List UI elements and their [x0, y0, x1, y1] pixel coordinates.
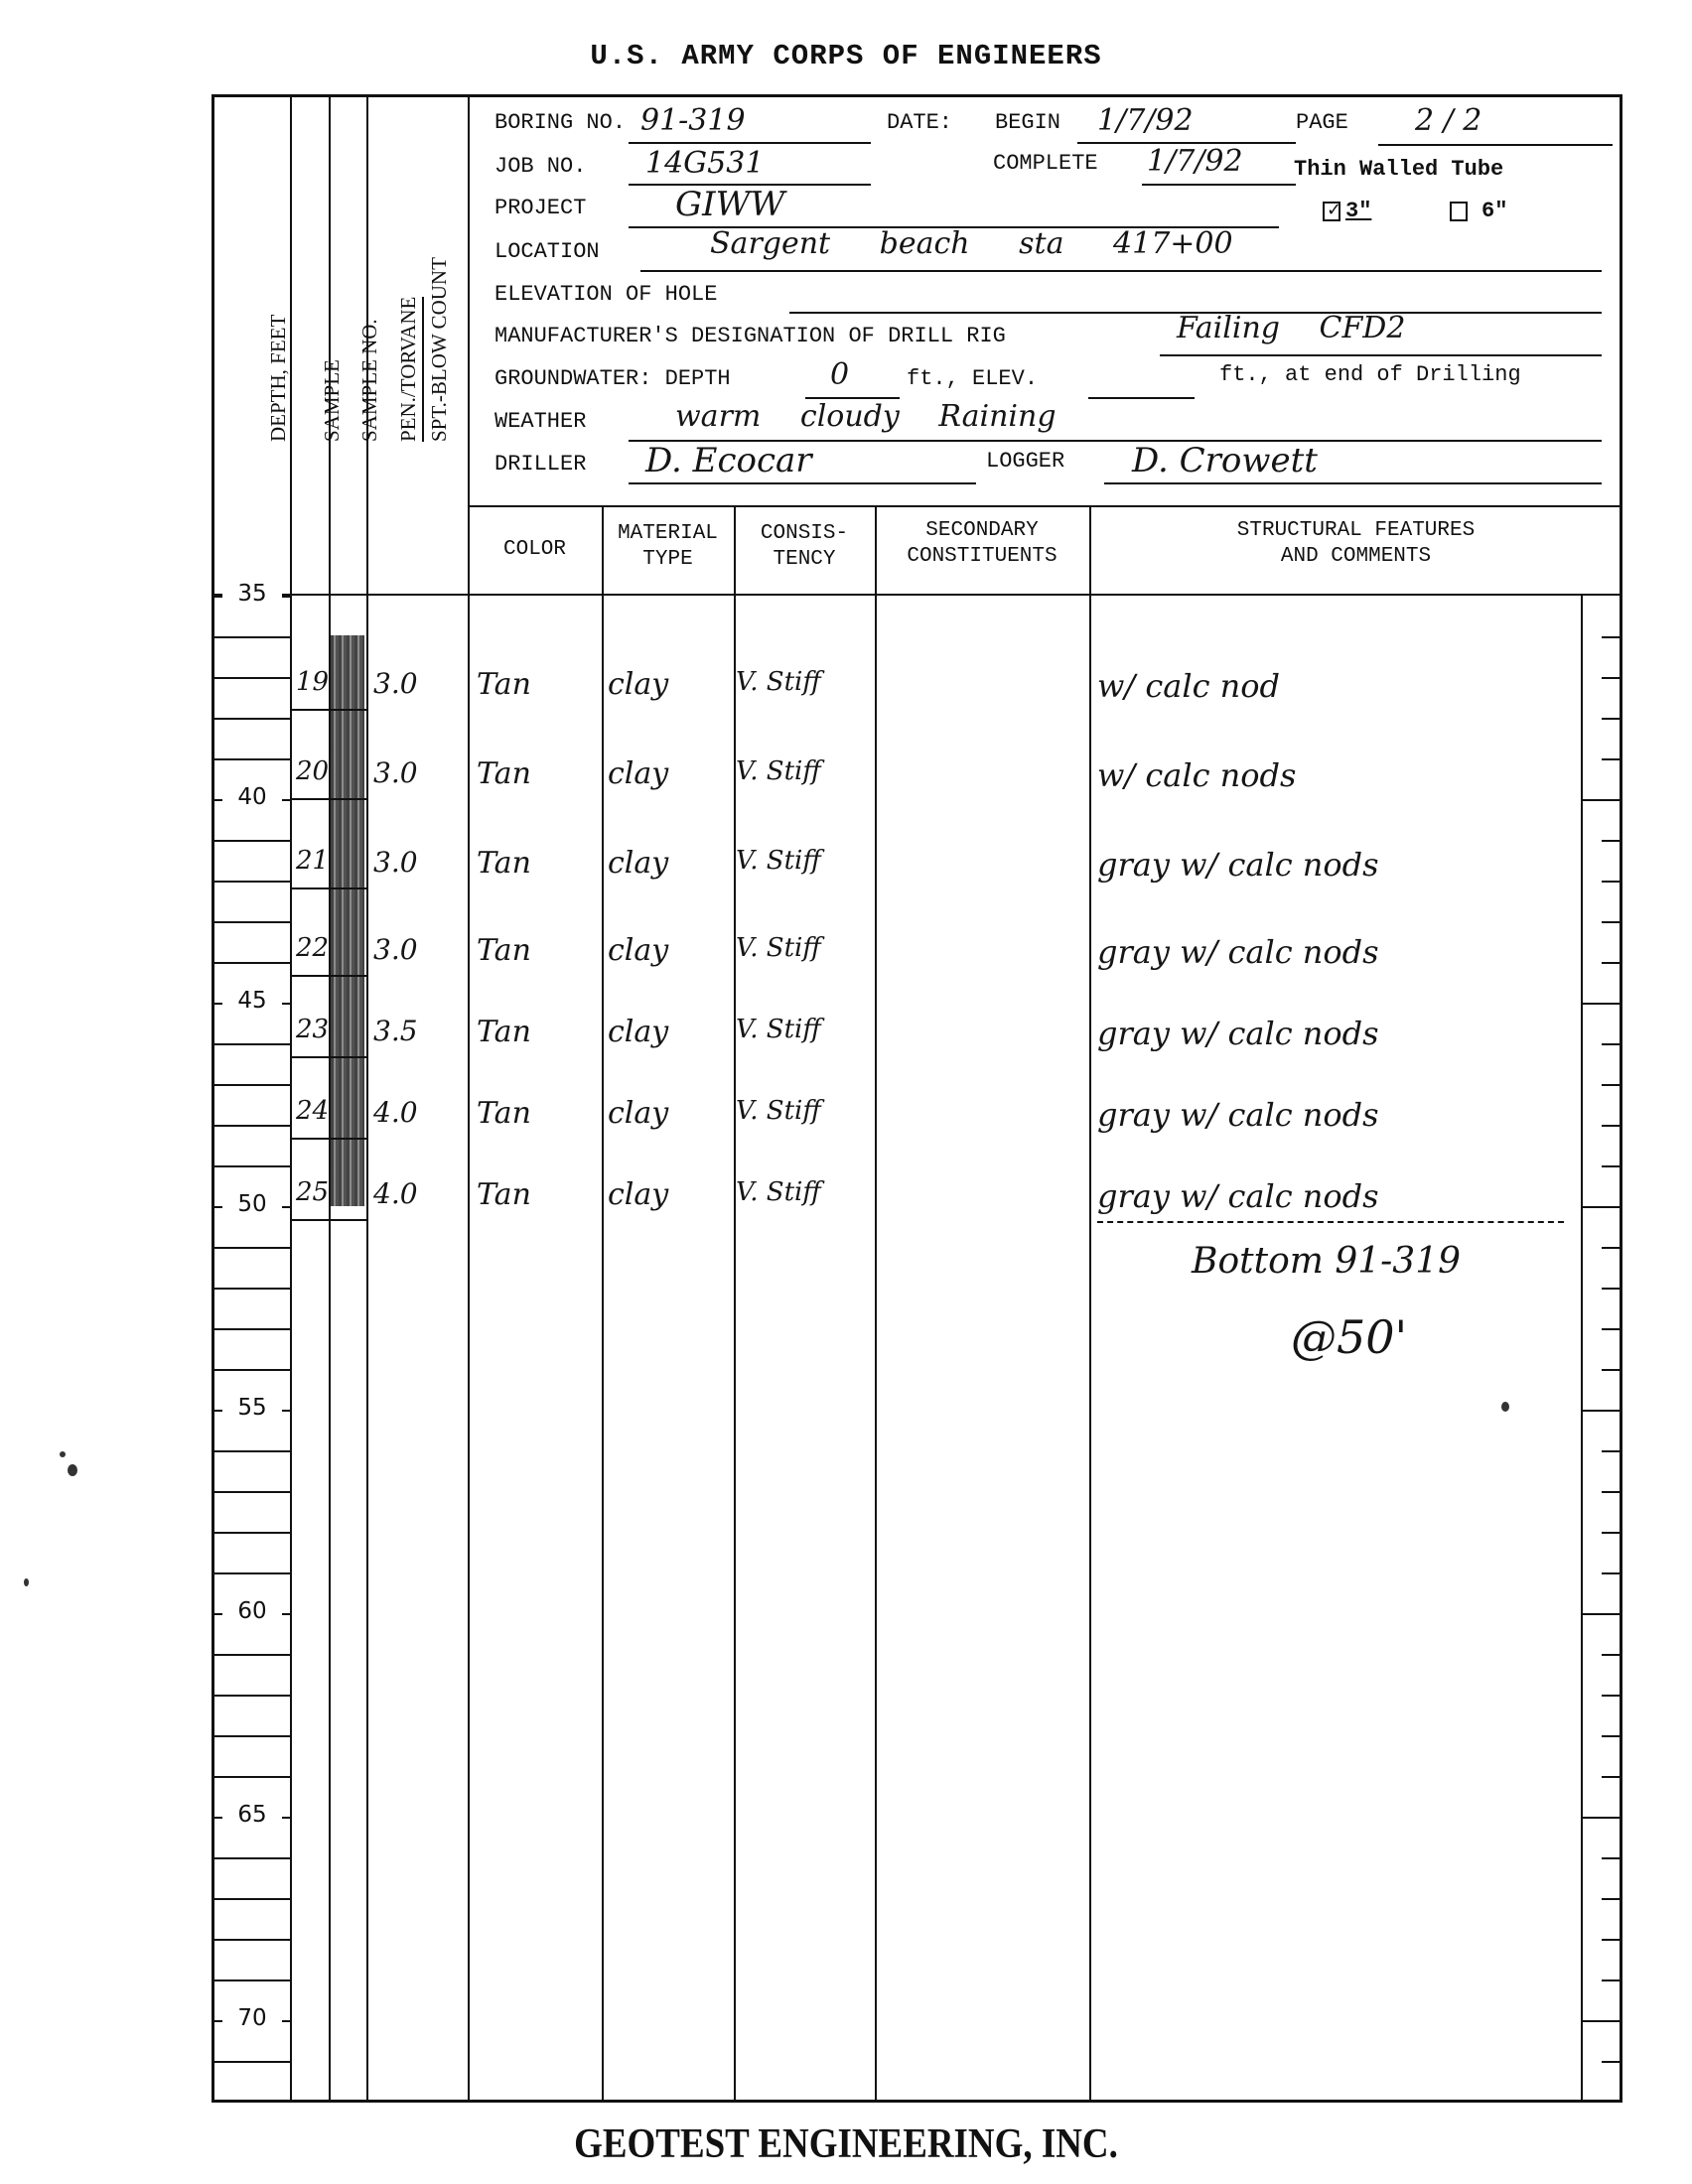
ruler-minor-tick — [1602, 1125, 1622, 1127]
driller-underline — [629, 482, 976, 484]
project-label: PROJECT — [494, 196, 586, 220]
pen-torvane-value[interactable]: 3.0 — [373, 846, 418, 879]
depth-tick — [213, 881, 290, 883]
sample-interval-line — [290, 1219, 366, 1221]
driller-label: DRILLER — [494, 452, 586, 477]
groundwater-elev-label: ft., ELEV. — [907, 366, 1038, 391]
column-header-sample-no: SAMPLE NO. — [357, 319, 382, 442]
page-label: PAGE — [1296, 110, 1348, 135]
boring-no-underline — [629, 142, 871, 144]
sample-core-shading — [331, 635, 364, 1206]
pen-torvane-value[interactable]: 4.0 — [373, 1096, 418, 1129]
location-value[interactable]: Sargent beach sta 417+00 — [710, 226, 1233, 261]
depth-tick — [213, 1979, 290, 1981]
material-type-value[interactable]: clay — [608, 1015, 668, 1049]
material-type-value[interactable]: clay — [608, 1096, 668, 1131]
ruler-minor-tick — [1602, 840, 1622, 842]
scan-speck — [1501, 1402, 1509, 1412]
ruler-major-tick — [1581, 1817, 1622, 1819]
column-divider — [602, 505, 604, 2103]
groundwater-end-label: ft., at end of Drilling — [1219, 362, 1521, 387]
checkmark-icon: ✓ — [1327, 200, 1341, 220]
begin-label: BEGIN — [995, 110, 1060, 135]
logger-label: LOGGER — [986, 449, 1064, 474]
info-block-bottom-rule — [468, 505, 1622, 507]
logger-value[interactable]: D. Crowett — [1132, 441, 1318, 480]
ruler-minor-tick — [1602, 1084, 1622, 1086]
depth-tick — [213, 2061, 290, 2063]
depth-label: 40 — [222, 784, 282, 810]
pen-torvane-value[interactable]: 4.0 — [373, 1177, 418, 1210]
drill-rig-value[interactable]: Failing CFD2 — [1177, 311, 1405, 345]
ruler-minor-tick — [1602, 1939, 1622, 1941]
color-value[interactable]: Tan — [477, 846, 531, 881]
depth-tick — [213, 1776, 290, 1778]
depth-tick — [213, 1247, 290, 1249]
depth-tick — [213, 1857, 290, 1859]
consistency-value[interactable]: V. Stiff — [736, 933, 821, 963]
depth-tick — [213, 1572, 290, 1574]
ruler-minor-tick — [1602, 1450, 1622, 1452]
complete-underline — [1142, 184, 1296, 186]
depth-tick — [213, 1898, 290, 1900]
column-header-consistency-line1: CONSIS- — [734, 521, 875, 547]
sample-interval-line — [290, 798, 366, 800]
ruler-minor-tick — [1602, 677, 1622, 679]
sample-number[interactable]: 21 — [296, 846, 329, 876]
consistency-value[interactable]: V. Stiff — [736, 756, 821, 786]
thin-walled-tube-label: Thin Walled Tube — [1294, 157, 1503, 182]
ruler-minor-tick — [1602, 921, 1622, 923]
drill-rig-label: MANUFACTURER'S DESIGNATION OF DRILL RIG — [494, 324, 1006, 348]
depth-tick — [213, 1043, 290, 1045]
column-header-structural-line1: STRUCTURAL FEATURES — [1089, 518, 1622, 544]
ruler-minor-tick — [1602, 1695, 1622, 1697]
depth-tick — [213, 1369, 290, 1371]
depth-tick — [213, 718, 290, 720]
drill-rig-underline — [1160, 354, 1602, 356]
page-value[interactable]: 2 / 2 — [1415, 103, 1481, 138]
ruler-minor-tick — [1602, 1857, 1622, 1859]
agency-title: U.S. ARMY CORPS OF ENGINEERS — [0, 40, 1692, 72]
column-header-consistency-line2: TENCY — [734, 547, 875, 573]
column-header-material-line1: MATERIAL — [602, 521, 734, 547]
pen-torvane-value[interactable]: 3.0 — [373, 667, 418, 700]
depth-label: 45 — [222, 988, 282, 1014]
driller-value[interactable]: D. Ecocar — [645, 441, 812, 480]
column-header-secondary-line1: SECONDARY — [875, 518, 1089, 544]
depth-tick — [213, 1939, 290, 1941]
color-value[interactable]: Tan — [477, 1015, 531, 1049]
depth-tick — [213, 1328, 290, 1330]
sample-interval-line — [290, 975, 366, 977]
depth-tick — [213, 1532, 290, 1534]
ruler-major-tick — [1581, 1206, 1622, 1208]
structural-comments-value[interactable]: w/ calc nod — [1097, 667, 1280, 705]
color-value[interactable]: Tan — [477, 1177, 531, 1212]
depth-tick — [213, 1735, 290, 1737]
structural-comments-value[interactable]: gray w/ calc nods — [1097, 846, 1379, 884]
depth-label: 35 — [222, 581, 282, 607]
bottom-note-line1[interactable]: Bottom 91-319 — [1192, 1241, 1461, 1282]
complete-date-value[interactable]: 1/7/92 — [1147, 144, 1243, 179]
ruler-major-tick — [1581, 1410, 1622, 1412]
depth-tick — [213, 1165, 290, 1167]
tube-3in-checkbox[interactable]: ✓ — [1323, 202, 1340, 221]
ruler-minor-tick — [1602, 962, 1622, 964]
depth-tick — [213, 677, 290, 679]
color-value[interactable]: Tan — [477, 667, 531, 702]
consistency-value[interactable]: V. Stiff — [736, 1177, 821, 1207]
depth-tick — [213, 758, 290, 760]
consistency-value[interactable]: V. Stiff — [736, 846, 821, 876]
color-value[interactable]: Tan — [477, 1096, 531, 1131]
depth-tick — [213, 840, 290, 842]
structural-comments-value[interactable]: gray w/ calc nods — [1097, 1096, 1379, 1134]
tube-6in-label: 6" — [1481, 199, 1507, 223]
column-header-material-line2: TYPE — [602, 547, 734, 573]
structural-comments-value[interactable]: gray w/ calc nods — [1097, 933, 1379, 971]
column-header-color: COLOR — [468, 537, 602, 563]
scan-speck — [68, 1464, 77, 1476]
column-divider — [734, 505, 736, 2103]
consistency-value[interactable]: V. Stiff — [736, 1096, 821, 1126]
sample-number[interactable]: 22 — [296, 933, 329, 963]
column-header-secondary-line2: CONSTITUENTS — [875, 544, 1089, 570]
final-row-underline — [1097, 1221, 1564, 1223]
elevation-label: ELEVATION OF HOLE — [494, 282, 717, 307]
depth-tick — [213, 1491, 290, 1493]
sample-number[interactable]: 19 — [296, 667, 329, 697]
bottom-note-line2[interactable]: @50' — [1291, 1310, 1407, 1364]
ruler-minor-tick — [1602, 1043, 1622, 1045]
sample-number[interactable]: 20 — [296, 756, 329, 786]
groundwater-elev-underline — [1088, 397, 1195, 399]
depth-tick — [213, 1450, 290, 1452]
ruler-minor-tick — [1602, 1735, 1622, 1737]
ruler-minor-tick — [1602, 1532, 1622, 1534]
structural-comments-value[interactable]: w/ calc nods — [1097, 756, 1296, 794]
ruler-minor-tick — [1602, 758, 1622, 760]
structural-comments-value[interactable]: gray w/ calc nods — [1097, 1177, 1379, 1215]
boring-no-label: BORING NO. — [494, 110, 626, 135]
ruler-minor-tick — [1602, 1491, 1622, 1493]
column-header-pen-torvane: PEN./TORVANE — [396, 297, 424, 442]
sample-number[interactable]: 24 — [296, 1096, 329, 1126]
column-divider — [1089, 505, 1091, 2103]
tube-6in-checkbox[interactable] — [1450, 202, 1468, 221]
tube-3in-label: 3" — [1345, 199, 1371, 223]
pen-torvane-value[interactable]: 3.5 — [373, 1015, 418, 1047]
logger-underline — [1104, 482, 1602, 484]
depth-tick — [213, 636, 290, 638]
scan-speck — [24, 1578, 29, 1586]
depth-label: 65 — [222, 1802, 282, 1828]
column-header-consistency: CONSIS- TENCY — [734, 521, 875, 573]
column-header-bottom-rule — [211, 594, 1622, 596]
complete-label: COMPLETE — [993, 151, 1098, 176]
depth-tick — [213, 1288, 290, 1290]
depth-tick — [213, 921, 290, 923]
ruler-major-tick — [1581, 1003, 1622, 1005]
material-type-value[interactable]: clay — [608, 846, 668, 881]
ruler-minor-tick — [1602, 1328, 1622, 1330]
sample-interval-line — [290, 709, 366, 711]
depth-tick — [213, 1695, 290, 1697]
right-ruler-divider — [1581, 594, 1583, 2103]
weather-value[interactable]: warm cloudy Raining — [675, 399, 1057, 434]
column-divider — [468, 94, 470, 2103]
boring-no-value[interactable]: 91-319 — [640, 103, 746, 138]
column-divider — [875, 505, 877, 2103]
location-label: LOCATION — [494, 239, 600, 264]
column-header-spt-blow-count: SPT.-BLOW COUNT — [427, 257, 452, 442]
ruler-minor-tick — [1602, 881, 1622, 883]
ruler-minor-tick — [1602, 2061, 1622, 2063]
ruler-minor-tick — [1602, 636, 1622, 638]
ruler-minor-tick — [1602, 1898, 1622, 1900]
sample-number[interactable]: 25 — [296, 1177, 329, 1207]
material-type-value[interactable]: clay — [608, 1177, 668, 1212]
scan-speck — [60, 1451, 66, 1457]
sample-interval-line — [290, 1056, 366, 1058]
depth-tick — [213, 1084, 290, 1086]
location-underline — [640, 270, 1602, 272]
ruler-minor-tick — [1602, 718, 1622, 720]
ruler-minor-tick — [1602, 1572, 1622, 1574]
depth-label: 55 — [222, 1395, 282, 1421]
consistency-value[interactable]: V. Stiff — [736, 667, 821, 697]
depth-label: 50 — [222, 1191, 282, 1217]
begin-date-value[interactable]: 1/7/92 — [1097, 103, 1194, 138]
material-type-value[interactable]: clay — [608, 667, 668, 702]
sample-interval-line — [290, 1138, 366, 1140]
ruler-minor-tick — [1602, 1165, 1622, 1167]
color-value[interactable]: Tan — [477, 933, 531, 968]
ruler-major-tick — [1581, 799, 1622, 801]
material-type-value[interactable]: clay — [608, 933, 668, 968]
depth-label: 70 — [222, 2005, 282, 2031]
sample-number[interactable]: 23 — [296, 1015, 329, 1044]
ruler-minor-tick — [1602, 1288, 1622, 1290]
ruler-major-tick — [1581, 2020, 1622, 2022]
column-header-depth: DEPTH, FEET — [266, 315, 291, 442]
material-type-value[interactable]: clay — [608, 756, 668, 791]
column-header-material: MATERIAL TYPE — [602, 521, 734, 573]
depth-tick — [213, 1125, 290, 1127]
ruler-minor-tick — [1602, 1979, 1622, 1981]
ruler-minor-tick — [1602, 1369, 1622, 1371]
column-header-structural-line2: AND COMMENTS — [1089, 544, 1622, 570]
ruler-minor-tick — [1602, 1247, 1622, 1249]
pen-torvane-value[interactable]: 3.0 — [373, 933, 418, 966]
color-value[interactable]: Tan — [477, 756, 531, 791]
date-label: DATE: — [887, 110, 952, 135]
groundwater-depth-label: GROUNDWATER: DEPTH — [494, 366, 731, 391]
footer-company: GEOTEST ENGINEERING, INC. — [101, 2120, 1591, 2168]
consistency-value[interactable]: V. Stiff — [736, 1015, 821, 1044]
job-no-label: JOB NO. — [494, 154, 586, 179]
ruler-minor-tick — [1602, 1776, 1622, 1778]
page-underline — [1378, 144, 1613, 146]
project-value[interactable]: GIWW — [675, 185, 784, 224]
depth-tick — [213, 962, 290, 964]
depth-tick — [213, 1654, 290, 1656]
ruler-minor-tick — [1602, 1654, 1622, 1656]
sample-interval-line — [290, 887, 366, 889]
column-header-structural: STRUCTURAL FEATURES AND COMMENTS — [1089, 518, 1622, 570]
depth-label: 60 — [222, 1598, 282, 1624]
weather-label: WEATHER — [494, 409, 586, 434]
structural-comments-value[interactable]: gray w/ calc nods — [1097, 1015, 1379, 1052]
column-header-sample: SAMPLE — [320, 359, 345, 442]
ruler-major-tick — [1581, 1613, 1622, 1615]
pen-torvane-value[interactable]: 3.0 — [373, 756, 418, 789]
groundwater-depth-value[interactable]: 0 — [830, 357, 849, 392]
job-no-value[interactable]: 14G531 — [645, 146, 764, 181]
column-header-secondary: SECONDARY CONSTITUENTS — [875, 518, 1089, 570]
